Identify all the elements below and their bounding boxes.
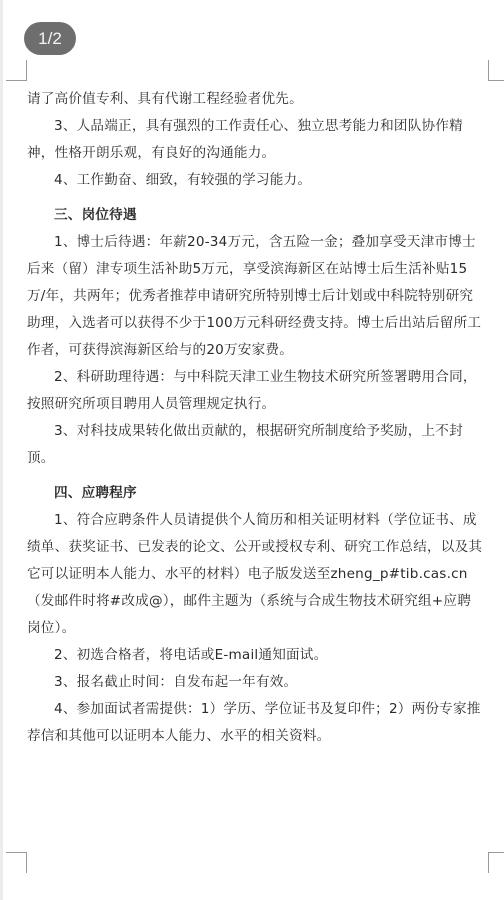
application-step: 1、符合应聘条件人员请提供个人简历和相关证明材料（学位证书、成绩单、获奖证书、已… <box>27 507 483 642</box>
page-edge <box>0 0 3 900</box>
application-step: 4、参加面试者需提供：1）学历、学位证书及复印件；2）两份专家推荐信和其他可以证… <box>27 696 483 750</box>
margin-mark-top-right <box>488 60 504 81</box>
section-heading-benefits: 三、岗位待遇 <box>27 202 483 229</box>
margin-mark-bottom-left <box>6 852 27 873</box>
margin-mark-bottom-right <box>488 852 504 873</box>
document-body: 请了高价值专利、具有代谢工程经验者优先。 3、人品端正，具有强烈的工作责任心、独… <box>27 86 483 750</box>
margin-mark-top-left <box>6 60 27 81</box>
benefit-item: 1、博士后待遇：年薪20-34万元，含五险一金；叠加享受天津市博士后来（留）津专… <box>27 229 483 364</box>
section-heading-application: 四、应聘程序 <box>27 480 483 507</box>
benefit-item: 3、对科技成果转化做出贡献的，根据研究所制度给予奖励，上不封顶。 <box>27 418 483 472</box>
application-step: 2、初选合格者，将电话或E-mail通知面试。 <box>27 642 483 669</box>
application-step: 3、报名截止时间：自发布起一年有效。 <box>27 669 483 696</box>
benefit-item: 2、科研助理待遇：与中科院天津工业生物技术研究所签署聘用合同，按照研究所项目聘用… <box>27 364 483 418</box>
requirement-3: 3、人品端正，具有强烈的工作责任心、独立思考能力和团队协作精神，性格开朗乐观，有… <box>27 113 483 167</box>
page-indicator-badge: 1/2 <box>24 22 76 55</box>
page-indicator-text: 1/2 <box>38 29 62 49</box>
paragraph-continued: 请了高价值专利、具有代谢工程经验者优先。 <box>27 86 483 113</box>
requirement-4: 4、工作勤奋、细致，有较强的学习能力。 <box>27 167 483 194</box>
